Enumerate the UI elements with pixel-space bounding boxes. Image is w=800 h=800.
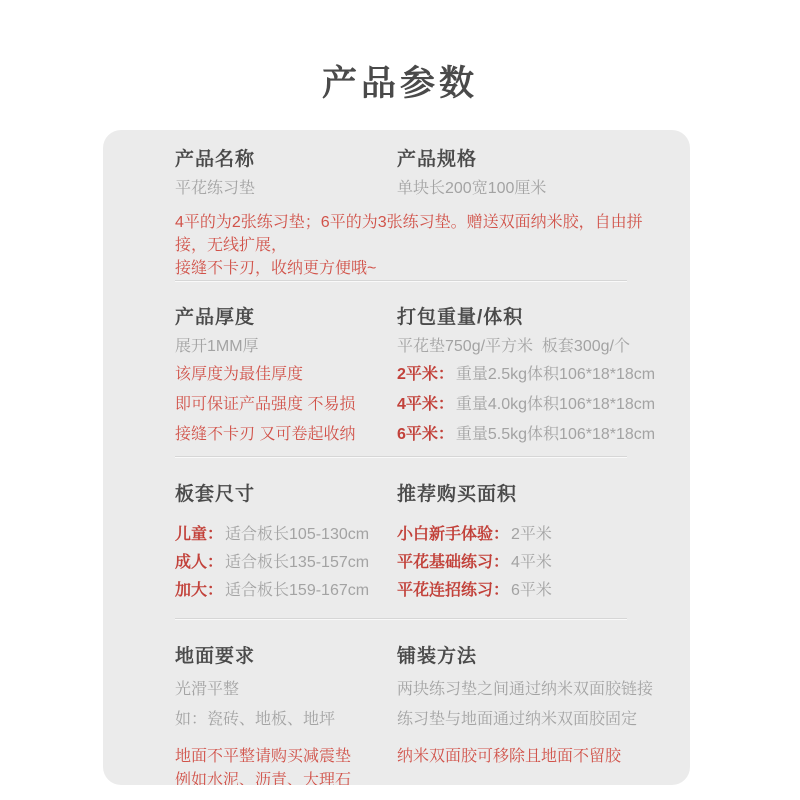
thickness-note-line: 接缝不卡刃 又可卷起收纳: [175, 420, 397, 450]
ground-column: 地面要求 光滑平整 如：瓷砖、地板、地坪 地面不平整请购买减震垫 例如水泥、沥青…: [175, 647, 397, 785]
weight-row-label: 4平米：: [397, 396, 454, 413]
product-specs-card: 产品名称 平花练习垫 产品规格 单块长200宽100厘米 4平的为2张练习垫；6…: [103, 130, 690, 785]
area-row: 小白新手体验：2平米: [397, 521, 665, 549]
size-row-label: 加大：: [175, 582, 223, 599]
weight-row-value: 重量2.5kg体积106*18*18cm: [456, 366, 655, 383]
area-row-value: 6平米: [511, 582, 552, 599]
thickness-value: 展开1MM厚: [175, 338, 397, 355]
section-ground-install: 地面要求 光滑平整 如：瓷砖、地板、地坪 地面不平整请购买减震垫 例如水泥、沥青…: [175, 647, 665, 785]
bundle-note-line: 接缝不卡刃，收纳更方便哦~: [175, 257, 665, 280]
ground-warning-line: 例如水泥、沥青、大理石: [175, 769, 397, 785]
area-row-label: 平花连招练习：: [397, 582, 509, 599]
install-heading: 铺装方法: [397, 647, 665, 667]
weight-row-label: 6平米：: [397, 426, 454, 443]
bundle-note-line: 4平的为2张练习垫；6平的为3张练习垫。赠送双面纳米胶，自由拼接，无线扩展，: [175, 211, 665, 257]
packing-column: 打包重量/体积 平花垫750g/平方米 板套300g/个 2平米：重量2.5kg…: [397, 308, 665, 450]
packing-value: 平花垫750g/平方米 板套300g/个: [397, 338, 665, 355]
ground-value-line: 光滑平整: [175, 675, 397, 705]
product-spec-column: 产品规格 单块长200宽100厘米: [397, 150, 665, 197]
size-row-value: 适合板长135-157cm: [225, 554, 369, 571]
install-values: 两块练习垫之间通过纳米双面胶链接 练习垫与地面通过纳米双面胶固定: [397, 675, 665, 735]
area-row: 平花连招练习：6平米: [397, 577, 665, 605]
product-name-heading: 产品名称: [175, 150, 397, 170]
area-row-label: 平花基础练习：: [397, 554, 509, 571]
area-row-label: 小白新手体验：: [397, 526, 509, 543]
packing-heading: 打包重量/体积: [397, 308, 665, 328]
install-value-line: 练习垫与地面通过纳米双面胶固定: [397, 705, 665, 735]
recommend-area-list: 小白新手体验：2平米 平花基础练习：4平米 平花连招练习：6平米: [397, 521, 665, 605]
ground-value-line: 如：瓷砖、地板、地坪: [175, 705, 397, 735]
thickness-note-line: 该厚度为最佳厚度: [175, 360, 397, 390]
packing-weight-list: 2平米：重量2.5kg体积106*18*18cm 4平米：重量4.0kg体积10…: [397, 360, 665, 450]
weight-row: 6平米：重量5.5kg体积106*18*18cm: [397, 420, 665, 450]
ground-warning-line: 地面不平整请购买减震垫: [175, 745, 397, 769]
weight-row: 2平米：重量2.5kg体积106*18*18cm: [397, 360, 665, 390]
thickness-note-line: 即可保证产品强度 不易损: [175, 390, 397, 420]
size-row-value: 适合板长159-167cm: [225, 582, 369, 599]
area-row: 平花基础练习：4平米: [397, 549, 665, 577]
recommend-area-heading: 推荐购买面积: [397, 485, 665, 505]
size-row: 加大：适合板长159-167cm: [175, 577, 397, 605]
thickness-column: 产品厚度 展开1MM厚 该厚度为最佳厚度 即可保证产品强度 不易损 接缝不卡刃 …: [175, 308, 397, 450]
cover-size-list: 儿童：适合板长105-130cm 成人：适合板长135-157cm 加大：适合板…: [175, 521, 397, 605]
cover-size-heading: 板套尺寸: [175, 485, 397, 505]
product-spec-heading: 产品规格: [397, 150, 665, 170]
page-title: 产品参数: [0, 56, 800, 106]
weight-row-value: 重量4.0kg体积106*18*18cm: [456, 396, 655, 413]
size-row-value: 适合板长105-130cm: [225, 526, 369, 543]
area-row-value: 4平米: [511, 554, 552, 571]
weight-row: 4平米：重量4.0kg体积106*18*18cm: [397, 390, 665, 420]
thickness-notes: 该厚度为最佳厚度 即可保证产品强度 不易损 接缝不卡刃 又可卷起收纳: [175, 360, 397, 450]
product-name-value: 平花练习垫: [175, 180, 397, 197]
size-row: 儿童：适合板长105-130cm: [175, 521, 397, 549]
product-name-column: 产品名称 平花练习垫: [175, 150, 397, 197]
product-spec-value: 单块长200宽100厘米: [397, 180, 665, 197]
size-row: 成人：适合板长135-157cm: [175, 549, 397, 577]
size-row-label: 成人：: [175, 554, 223, 571]
thickness-heading: 产品厚度: [175, 308, 397, 328]
section-size-area: 板套尺寸 儿童：适合板长105-130cm 成人：适合板长135-157cm 加…: [175, 485, 665, 605]
area-row-value: 2平米: [511, 526, 552, 543]
bundle-note: 4平的为2张练习垫；6平的为3张练习垫。赠送双面纳米胶，自由拼接，无线扩展， 接…: [175, 211, 665, 280]
section-divider: [175, 618, 627, 619]
section-name-spec: 产品名称 平花练习垫 产品规格 单块长200宽100厘米: [175, 150, 665, 197]
size-row-label: 儿童：: [175, 526, 223, 543]
ground-values: 光滑平整 如：瓷砖、地板、地坪: [175, 675, 397, 735]
section-thickness-weight: 产品厚度 展开1MM厚 该厚度为最佳厚度 即可保证产品强度 不易损 接缝不卡刃 …: [175, 308, 665, 450]
section-divider: [175, 280, 627, 281]
section-divider: [175, 456, 627, 457]
cover-size-column: 板套尺寸 儿童：适合板长105-130cm 成人：适合板长135-157cm 加…: [175, 485, 397, 605]
install-note: 纳米双面胶可移除且地面不留胶: [397, 745, 665, 769]
install-column: 铺装方法 两块练习垫之间通过纳米双面胶链接 练习垫与地面通过纳米双面胶固定 纳米…: [397, 647, 665, 769]
weight-row-value: 重量5.5kg体积106*18*18cm: [456, 426, 655, 443]
recommend-area-column: 推荐购买面积 小白新手体验：2平米 平花基础练习：4平米 平花连招练习：6平米: [397, 485, 665, 605]
ground-warning: 地面不平整请购买减震垫 例如水泥、沥青、大理石: [175, 745, 397, 785]
install-note-line: 纳米双面胶可移除且地面不留胶: [397, 745, 665, 769]
ground-heading: 地面要求: [175, 647, 397, 667]
install-value-line: 两块练习垫之间通过纳米双面胶链接: [397, 675, 665, 705]
weight-row-label: 2平米：: [397, 366, 454, 383]
